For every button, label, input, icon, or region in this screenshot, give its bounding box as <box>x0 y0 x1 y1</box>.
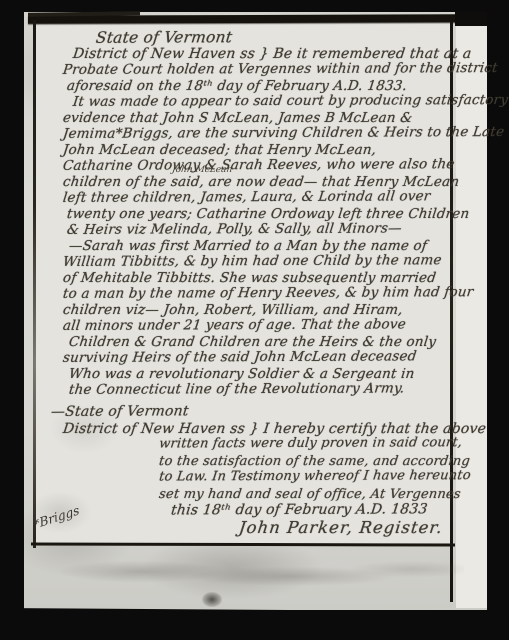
manuscript-line: written facts were duly proven in said c… <box>42 435 487 453</box>
scan-smudge-band <box>34 550 464 598</box>
scanned-document: John McLean State of VermontDistrict of … <box>0 0 509 640</box>
manuscript-line: Probate Court holden at Vergennes within… <box>42 60 509 78</box>
manuscript-line: surviving Heirs of the said John McLean … <box>42 348 509 366</box>
manuscript-line: It was made to appear to said court by p… <box>42 92 509 110</box>
scan-corner-shadow <box>455 12 487 26</box>
manuscript-line: Jemima*Briggs, are the surviving Childre… <box>42 124 509 142</box>
page-border-bottom <box>31 542 455 546</box>
certification-block: —State of VermontDistrict of New Haven s… <box>42 404 485 536</box>
manuscript-line: John Parker, Register. <box>42 520 487 537</box>
manuscript-line: the Connecticut line of the Revolutionar… <box>42 380 509 398</box>
manuscript-body: John McLean State of VermontDistrict of … <box>42 30 507 398</box>
manuscript-line: all minors under 21 years of age. That t… <box>42 316 509 334</box>
manuscript-line: left three children, James, Laura, & Lor… <box>42 188 509 206</box>
manuscript-line: State of Vermont <box>42 28 509 46</box>
scan-ink-spot <box>202 592 222 607</box>
manuscript-line: William Tibbitts, & by him had one Child… <box>42 252 509 270</box>
manuscript-line: —State of Vermont <box>42 402 487 420</box>
manuscript-line: Catharine Ordoway & Sarah Reeves, who we… <box>42 156 509 174</box>
paper-page: John McLean State of VermontDistrict of … <box>24 12 487 610</box>
page-border-left-rule <box>33 20 36 548</box>
manuscript-line: to a man by the name of Henry Reeves, & … <box>42 284 509 302</box>
manuscript-line: this 18ᵗʰ day of February A.D. 1833 <box>42 501 487 519</box>
manuscript-line: & Heirs viz Melinda, Polly, & Sally, all… <box>42 220 509 238</box>
manuscript-line: to Law. In Testimony whereof I have here… <box>42 468 487 486</box>
scan-bottom-edge <box>0 608 509 640</box>
